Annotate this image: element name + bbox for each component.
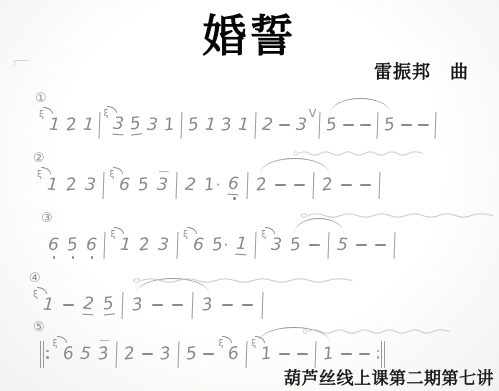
note: 6ξ <box>119 177 130 194</box>
dash-note <box>341 353 352 355</box>
teacher-wavy-underline-2 <box>300 205 496 214</box>
note: 1 <box>205 117 216 134</box>
note: 6ξ <box>193 237 204 254</box>
score-line-2: ②1ξ236ξ53~~21·622 <box>40 170 380 200</box>
dash-note <box>275 184 286 186</box>
teacher-wavy-underline-3 <box>132 270 356 279</box>
line-number-label: ② <box>33 151 45 166</box>
barline <box>175 171 177 198</box>
dash-note <box>279 353 290 355</box>
note: 2 <box>66 177 77 194</box>
note: 3~~ <box>98 346 109 363</box>
barline <box>104 231 106 258</box>
dash-note <box>359 353 370 355</box>
note: 5 <box>188 117 199 134</box>
note: 1 <box>236 236 247 255</box>
grace-ornament: ξ <box>111 229 122 238</box>
note: 6ξ <box>228 346 239 363</box>
note: 2 <box>139 237 150 254</box>
composer-credit: 雷振邦 曲 <box>374 58 469 84</box>
grace-arrow <box>107 106 117 113</box>
barline <box>327 231 329 258</box>
dash-note <box>375 244 386 246</box>
barline <box>313 171 315 198</box>
barline <box>177 340 179 367</box>
dash-note <box>356 244 367 246</box>
barline <box>255 231 257 258</box>
grace-ornament: ξ <box>219 338 230 347</box>
score-line-1: ①1ξ213ξ531513123V55 <box>42 110 436 140</box>
note: 3 <box>221 117 232 134</box>
barline <box>246 340 248 367</box>
grace-arrow <box>43 107 53 114</box>
line-number-label: ③ <box>41 211 53 226</box>
note: 5 <box>337 237 348 254</box>
note: 5 <box>326 117 337 134</box>
note: 6 <box>86 237 97 254</box>
note: 6 <box>228 176 239 195</box>
barline <box>176 231 178 258</box>
note: 5 <box>290 237 301 254</box>
grace-arrow <box>222 336 232 343</box>
barline <box>180 111 182 138</box>
barline <box>103 171 105 198</box>
barline <box>434 111 436 138</box>
grace-arrow <box>41 167 51 174</box>
stray-pencil-mark <box>14 60 28 66</box>
note: 2 <box>262 117 273 134</box>
note: 1ξ <box>43 297 54 314</box>
grace-arrow <box>37 287 47 294</box>
dash-note <box>343 124 354 126</box>
note: 5 <box>186 346 197 363</box>
repeat-begin-barline <box>40 341 49 368</box>
line-number-label: ① <box>35 91 47 106</box>
score-line-3: ③6561ξ236ξ5·13ξ55 <box>48 230 395 260</box>
note: 3 <box>85 177 96 194</box>
grace-ornament: ξ <box>262 229 273 238</box>
teacher-wavy-underline-1 <box>293 143 425 152</box>
barline <box>116 340 118 367</box>
note: 2 <box>124 346 135 363</box>
sheet-music-page: 婚誓 雷振邦 曲 ①1ξ213ξ531513123V55②1ξ236ξ53~~2… <box>0 0 499 391</box>
grace-ornament: ξ <box>54 338 65 347</box>
dash-note <box>63 304 74 306</box>
barline <box>255 111 257 138</box>
note: 3~~ <box>157 177 168 194</box>
dash-note <box>360 184 371 186</box>
barline <box>377 111 379 138</box>
grace-arrow <box>265 227 275 234</box>
dash-note <box>401 124 412 126</box>
note: 2 <box>66 117 77 134</box>
dash-note <box>341 184 352 186</box>
score-line-4: ④1ξ2533 <box>36 290 263 320</box>
teacher-wavy-underline-4 <box>302 321 452 330</box>
low-octave-dot <box>72 256 75 259</box>
note: 6 <box>48 237 59 254</box>
barline <box>319 111 321 138</box>
note: 2 <box>83 296 94 315</box>
note: 3 <box>147 117 158 134</box>
song-title: 婚誓 <box>0 0 499 64</box>
low-octave-dot <box>91 256 94 259</box>
line-number-label: ⑤ <box>33 320 45 335</box>
dash-note <box>172 304 183 306</box>
tie-arc: 55 <box>290 232 348 259</box>
note: 3ξ <box>271 237 282 254</box>
barline <box>192 291 194 318</box>
line-number-label: ④ <box>29 271 41 286</box>
grace-arrow <box>57 336 67 343</box>
note: 3 <box>158 237 169 254</box>
note: 3 <box>296 117 307 134</box>
dash-note <box>360 124 371 126</box>
note: 5· <box>212 237 229 254</box>
trill-squiggle: ~~ <box>158 168 167 176</box>
trill-squiggle: ~~ <box>99 337 108 345</box>
grace-arrow <box>114 227 124 234</box>
note: 2 <box>322 177 333 194</box>
note: 6ξ <box>63 346 74 363</box>
note: 2 <box>185 177 196 194</box>
note: 1 <box>238 117 249 134</box>
tie-arc: 33 <box>132 292 213 319</box>
barline <box>99 111 101 138</box>
grace-ornament: ξ <box>38 169 49 178</box>
breath-mark: V <box>309 107 317 120</box>
low-octave-dot <box>233 197 236 200</box>
note: 3 <box>132 297 143 314</box>
footer-caption: 葫芦丝线上课第二期第七讲 <box>284 364 494 389</box>
dash-note <box>203 353 214 355</box>
dash-note <box>152 304 163 306</box>
grace-ornament: ξ <box>104 108 115 117</box>
note: 3ξ <box>113 116 124 135</box>
note: 5 <box>384 117 395 134</box>
note: 1ξ <box>49 117 60 134</box>
tie-arc: 22 <box>256 172 333 199</box>
low-octave-dot <box>53 256 56 259</box>
augmentation-dot: · <box>224 236 229 254</box>
note: 1 <box>323 346 334 363</box>
dash-note <box>279 124 290 126</box>
grace-ornament: ξ <box>252 338 263 347</box>
grace-ornament: ξ <box>184 229 195 238</box>
note: 5 <box>138 177 149 194</box>
note: 3 <box>160 346 171 363</box>
note: 1· <box>204 177 221 194</box>
barline <box>122 291 124 318</box>
note: 1 <box>164 117 175 134</box>
barline <box>393 231 395 258</box>
note: 2 <box>256 177 267 194</box>
grace-ornament: ξ <box>40 109 51 118</box>
barline <box>262 291 264 318</box>
note: 5 <box>80 346 91 363</box>
note: 5 <box>130 116 141 135</box>
note: 3 <box>202 297 213 314</box>
dash-note <box>142 353 153 355</box>
barline <box>247 171 249 198</box>
grace-arrow <box>187 227 197 234</box>
note: 1ξ <box>261 346 272 363</box>
note: 1ξ <box>120 237 131 254</box>
grace-arrow <box>113 167 123 174</box>
dash-note <box>222 304 233 306</box>
note: 1ξ <box>47 177 58 194</box>
grace-ornament: ξ <box>110 169 121 178</box>
note: 5 <box>67 237 78 254</box>
grace-ornament: ξ <box>34 289 45 298</box>
grace-arrow <box>255 336 265 343</box>
note: 5 <box>103 296 114 315</box>
augmentation-dot: · <box>216 176 221 194</box>
dash-note <box>297 353 308 355</box>
dash-note <box>309 244 320 246</box>
tie-arc: 55 <box>326 112 395 139</box>
dash-note <box>294 184 305 186</box>
note: 1 <box>83 117 94 134</box>
barline <box>378 171 380 198</box>
dash-note <box>242 304 253 306</box>
dash-note <box>418 124 429 126</box>
